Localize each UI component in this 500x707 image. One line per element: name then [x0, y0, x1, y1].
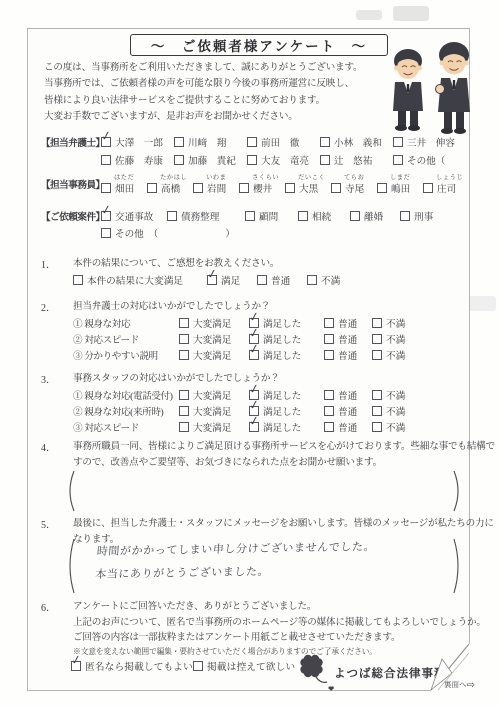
option-畑田: はただ畑田 [101, 175, 147, 195]
handwritten-check-mark: ✓ [100, 203, 112, 217]
rating-row-label: ① 親身な対応 [73, 316, 179, 330]
checkbox-icon [73, 275, 83, 285]
option-顧問: 顧問 [245, 209, 298, 223]
checkbox-icon [174, 155, 184, 165]
checkbox-icon [307, 275, 317, 285]
option-不満: 不満 [372, 332, 405, 346]
handwritten-line: 本当にありがとうございました。 [94, 557, 426, 586]
option-label: 辻 悠祐 [334, 153, 372, 167]
case-section-label: 【ご依頼案件】 [41, 209, 105, 223]
checkbox-icon [285, 183, 295, 193]
option-label: その他 （ ） [115, 226, 235, 240]
question-text: 事務スタッフの対応はいかがでしたでしょうか？ [73, 371, 469, 387]
option-label: 大黒 [299, 181, 318, 195]
option-label: 大友 竜亮 [261, 153, 309, 167]
option-label: 満足 [221, 273, 240, 287]
checkbox-icon [324, 406, 334, 416]
scan-smudge [393, 6, 429, 21]
question-number: 1． [41, 256, 56, 271]
checkbox-icon [179, 334, 189, 344]
rating-options: 大変満足✓満足した普通不満 [179, 348, 405, 362]
option-大変満足: 大変満足 [179, 316, 249, 330]
option-label: 相続 [312, 209, 331, 223]
option-本件の結果に大変満足: 本件の結果に大変満足 [73, 273, 207, 287]
rating-row-label: ① 親身な対応(電話受付) [73, 388, 179, 402]
handwritten-check-mark: ✓ [248, 382, 260, 396]
checkbox-checked-icon: ✓ [207, 275, 217, 285]
option-寺尾: てらお寺尾 [331, 175, 377, 195]
option-label: 交通事故 [115, 209, 153, 223]
option-label: 刑事 [414, 209, 433, 223]
checkbox-checked-icon: ✓ [101, 211, 111, 221]
option-label: 不満 [321, 273, 340, 287]
option-label: 普通 [338, 348, 357, 362]
rating-options: 大変満足✓満足した普通不満 [179, 332, 405, 346]
checkbox-icon [372, 422, 382, 432]
option-label: 満足した [263, 404, 301, 418]
option-label: 離婚 [364, 209, 383, 223]
form-title: ～ ご依頼者様アンケート ～ [130, 34, 388, 56]
question-1: 1． 本件の結果について、ご感想をお教えください。 本件の結果に大変満足✓満足普… [28, 256, 469, 288]
handwritten-check-mark: ✓ [248, 342, 260, 356]
option-label: 満足した [263, 316, 301, 330]
checkbox-icon [393, 137, 403, 147]
case-section-row2: その他 （ ） [28, 226, 469, 241]
option-label: 大変満足 [193, 388, 231, 402]
question-number: 4． [41, 439, 56, 454]
q2-rating-rows: ① 親身な対応大変満足✓満足した普通不満② 対応スピード大変満足✓満足した普通不… [28, 315, 469, 364]
checkbox-icon [101, 183, 111, 193]
option-交通事故: ✓交通事故 [101, 209, 167, 223]
option-label: 顧問 [259, 209, 278, 223]
option-label: その他（ ） [407, 153, 500, 167]
question-2: 2． 担当弁護士の対応はいかがでしたでしょうか？ ① 親身な対応大変満足✓満足し… [28, 299, 469, 363]
option-大変満足: 大変満足 [179, 388, 249, 402]
back-side-note: 裏面へ⇨ [444, 679, 475, 691]
option-普通: 普通 [324, 404, 372, 418]
consent-options: ✓匿名なら掲載してもよい掲載は控えて欲しい [71, 659, 295, 673]
question-text: ご回答の内容は一部抜粋またはアンケート用紙ごと載せさせていただきます。 [73, 630, 469, 646]
checkbox-icon [324, 422, 334, 432]
checkbox-icon [324, 334, 334, 344]
question-3: 3． 事務スタッフの対応はいかがでしたでしょうか？ ① 親身な対応(電話受付)大… [28, 371, 469, 435]
lawyer-options-row1: ✓大澤 一郎川﨑 翔前田 徹小林 義和三井 伸容 [101, 135, 455, 149]
rating-row: ② 対応スピード大変満足✓満足した普通不満 [73, 331, 469, 347]
option-label: 不満 [386, 348, 405, 362]
question-number: 3． [41, 371, 56, 386]
lawyer-options-row2: 佐藤 寿康加藤 貴紀大友 竜亮辻 悠祐その他（ ） [101, 153, 500, 167]
checkbox-icon [101, 155, 111, 165]
option-債務整理: 債務整理 [167, 209, 245, 223]
option-label: 前田 徹 [261, 135, 299, 149]
option-label: 庄司 [437, 181, 456, 195]
checkbox-icon [193, 661, 203, 671]
rating-options: 大変満足✓満足した普通不満 [179, 420, 405, 434]
checkbox-icon [239, 183, 249, 193]
checkbox-checked-icon: ✓ [101, 137, 111, 147]
option-不満: 不満 [372, 348, 405, 362]
option-不満: 不満 [372, 316, 405, 330]
option-label: 普通 [338, 388, 357, 402]
close-paren [452, 537, 464, 595]
checkbox-checked-icon: ✓ [249, 350, 259, 360]
option-label: 本件の結果に大変満足 [87, 273, 183, 287]
checkbox-icon [324, 318, 334, 328]
intro-text: この度は、当事務所をご利用いただきまして、誠にありがとうございます。 当事務所で… [44, 60, 389, 126]
checkbox-icon [167, 211, 177, 221]
option-label: 大変満足 [193, 420, 231, 434]
checkbox-icon [372, 406, 382, 416]
option-大変満足: 大変満足 [179, 404, 249, 418]
checkbox-icon [350, 211, 360, 221]
question-text: アンケートにご回答いただき、ありがとうございました。 [73, 599, 469, 615]
checkbox-icon [377, 183, 387, 193]
option-普通: 普通 [324, 420, 372, 434]
checkbox-checked-icon: ✓ [249, 422, 259, 432]
checkbox-icon [179, 318, 189, 328]
open-paren [64, 537, 76, 595]
rating-options: 大変満足✓満足した普通不満 [179, 404, 405, 418]
q1-options: 本件の結果に大変満足✓満足普通不満 [73, 273, 340, 287]
handwritten-check-mark: ✓ [248, 414, 260, 428]
question-text: 本件の結果について、ご感想をお教えください。 [73, 256, 469, 272]
handwritten-message: 時間がかかってしまい申し分けございませんでした。 本当にありがとうございました。 [94, 534, 427, 586]
handwritten-check-mark: ✓ [248, 326, 260, 340]
option-label: 満足した [263, 388, 301, 402]
option-不満: 不満 [372, 388, 405, 402]
option-label: 普通 [338, 316, 357, 330]
rating-options: 大変満足✓満足した普通不満 [179, 388, 405, 402]
option-不満: 不満 [372, 420, 405, 434]
question-text: 上記のお声について、匿名で当事務所のホームページ等の媒体に掲載してもよろしいでし… [73, 615, 469, 631]
option-大澤 一郎: ✓大澤 一郎 [101, 135, 174, 149]
checkbox-icon [372, 390, 382, 400]
option-普通: 普通 [324, 348, 372, 362]
option-普通: 普通 [257, 273, 307, 287]
option-label: 佐藤 寿康 [115, 153, 163, 167]
open-paren [64, 469, 76, 513]
checkbox-checked-icon: ✓ [71, 661, 81, 671]
option-満足した: ✓満足した [249, 316, 324, 330]
rating-row-label: ③ 分かりやすい説明 [73, 348, 179, 362]
scan-smudge [356, 10, 382, 20]
question-footnote: ※文意を変えない範囲で編集・要約させていただく場合がありますのでご了承ください。 [73, 646, 469, 657]
option-label: 普通 [338, 420, 357, 434]
option-label: 岩間 [207, 181, 226, 195]
option-label: 寺尾 [345, 181, 364, 195]
option-川﨑 翔: 川﨑 翔 [174, 135, 247, 149]
option-岩間: いわま岩間 [193, 175, 239, 195]
checkbox-icon [245, 211, 255, 221]
option-嶋田: しまだ嶋田 [377, 175, 423, 195]
checkbox-icon [324, 350, 334, 360]
lawyer-figure-right [436, 42, 471, 134]
option-label: 普通 [271, 273, 290, 287]
intro-line: この度は、当事務所をご利用いただきまして、誠にありがとうございます。 [44, 60, 389, 76]
option-label: 不満 [386, 404, 405, 418]
question-number: 2． [41, 299, 56, 314]
option-普通: 普通 [324, 388, 372, 402]
clerk-options: はただ畑田たかはし高橋いわま岩間さくらい櫻井だいこく大黒てらお寺尾しまだ嶋田しょ… [101, 175, 469, 195]
option-普通: 普通 [324, 316, 372, 330]
close-paren [452, 469, 464, 513]
rating-row: ① 親身な対応(電話受付)大変満足✓満足した普通不満 [73, 387, 469, 403]
case-options-row2: その他 （ ） [101, 226, 235, 240]
checkbox-icon [372, 318, 382, 328]
option-加藤 貴紀: 加藤 貴紀 [174, 153, 247, 167]
question-6: 6． アンケートにご回答いただき、ありがとうございました。 上記のお声について、… [28, 599, 469, 657]
option-満足した: ✓満足した [249, 404, 324, 418]
option-label: 畑田 [115, 181, 134, 195]
option-大黒: だいこく大黒 [285, 175, 331, 195]
option-佐藤 寿康: 佐藤 寿康 [101, 153, 174, 167]
intro-line: 当事務所では、ご依頼者様の声を可能な限り今後の事務所運営に反映し、 [44, 76, 389, 92]
option-満足した: ✓満足した [249, 388, 324, 402]
option-庄司: しょうじ庄司 [423, 175, 469, 195]
question-number: 6． [41, 599, 56, 614]
option-label: 満足した [263, 348, 301, 362]
two-lawyers-illustration [384, 37, 488, 141]
lawyer-section-row2: 佐藤 寿康加藤 貴紀大友 竜亮辻 悠祐その他（ ） [28, 153, 469, 168]
checkbox-icon [298, 211, 308, 221]
rating-row: ③ 対応スピード大変満足✓満足した普通不満 [73, 419, 469, 435]
checkbox-icon [174, 137, 184, 147]
checkbox-icon [400, 211, 410, 221]
question-text: 担当弁護士の対応はいかがでしたでしょうか？ [73, 299, 469, 315]
checkbox-icon [393, 155, 403, 165]
option-三井 伸容: 三井 伸容 [393, 135, 455, 149]
rating-row-label: ② 親身な対応(来所時) [73, 404, 179, 418]
option-離婚: 離婚 [350, 209, 400, 223]
rating-row-label: ② 対応スピード [73, 332, 179, 346]
option-label: 大澤 一郎 [115, 135, 163, 149]
option-その他（ ）: その他（ ） [393, 153, 500, 167]
option-label: 普通 [338, 332, 357, 346]
option-label: 大変満足 [193, 404, 231, 418]
checkbox-icon [247, 137, 257, 147]
clerk-section-row: 【担当事務員】 はただ畑田たかはし高橋いわま岩間さくらい櫻井だいこく大黒てらお寺… [28, 171, 469, 195]
option-label: 掲載は控えて欲しい [207, 659, 295, 673]
option-label: 嶋田 [391, 181, 410, 195]
form-title-text: ～ ご依頼者様アンケート ～ [151, 35, 367, 55]
checkbox-icon [179, 406, 189, 416]
option-label: 満足した [263, 332, 301, 346]
option-満足した: ✓満足した [249, 420, 324, 434]
checkbox-icon [179, 390, 189, 400]
option-label: 小林 義和 [334, 135, 382, 149]
option-label: 大変満足 [193, 348, 231, 362]
handwritten-check-mark: ✓ [70, 653, 82, 667]
right-arrow-icon: ⇨ [467, 680, 475, 691]
option-label: 三井 伸容 [407, 135, 455, 149]
option-大変満足: 大変満足 [179, 420, 249, 434]
handwritten-check-mark: ✓ [100, 129, 112, 143]
checkbox-icon [147, 183, 157, 193]
checkbox-icon [179, 350, 189, 360]
lawyer-section-row1: 【担当弁護士】 ✓大澤 一郎川﨑 翔前田 徹小林 義和三井 伸容 [28, 135, 469, 150]
back-side-label: 裏面へ [444, 680, 467, 689]
option-大変満足: 大変満足 [179, 348, 249, 362]
option-相続: 相続 [298, 209, 350, 223]
checkbox-icon [193, 183, 203, 193]
checkbox-icon [372, 350, 382, 360]
question-text: 事務所職員一同、皆様によりご満足頂ける事務所サービスを心がけております。些細な事… [73, 439, 469, 455]
question-text: 最後に、担当した弁護士・スタッフにメッセージをお願いします。皆様のメッセージが私… [73, 516, 469, 532]
checkbox-icon [320, 155, 330, 165]
option-高橋: たかはし高橋 [147, 175, 193, 195]
option-その他 （ ）: その他 （ ） [101, 226, 235, 240]
option-満足した: ✓満足した [249, 332, 324, 346]
option-掲載は控えて欲しい: 掲載は控えて欲しい [193, 659, 295, 673]
option-label: 匿名なら掲載してもよい [85, 659, 193, 673]
checkbox-icon [331, 183, 341, 193]
option-辻 悠祐: 辻 悠祐 [320, 153, 393, 167]
option-大友 竜亮: 大友 竜亮 [247, 153, 320, 167]
checkbox-icon [101, 228, 111, 238]
rating-row: ① 親身な対応大変満足✓満足した普通不満 [73, 315, 469, 331]
rating-row: ③ 分かりやすい説明大変満足✓満足した普通不満 [73, 347, 469, 363]
checkbox-icon [372, 334, 382, 344]
intro-line: 皆様により良い法律サービスをご提供することに努めております。 [44, 93, 389, 109]
handwritten-check-mark: ✓ [248, 398, 260, 412]
clerk-section-label: 【担当事務員】 [41, 177, 105, 191]
option-普通: 普通 [324, 332, 372, 346]
handwritten-check-mark: ✓ [248, 310, 260, 324]
consent-row: ✓匿名なら掲載してもよい掲載は控えて欲しい [28, 659, 469, 674]
handwritten-check-mark: ✓ [206, 267, 218, 281]
option-label: 普通 [338, 404, 357, 418]
question-number: 5． [41, 516, 56, 531]
clover-logo-icon [294, 651, 334, 695]
case-options-row1: ✓交通事故債務整理顧問相続離婚刑事 [101, 209, 433, 223]
checkbox-icon [247, 155, 257, 165]
rating-options: 大変満足✓満足した普通不満 [179, 316, 405, 330]
question-text: すので、改善点やご要望等、お気づきになられた点をお聞かせ願います。 [73, 455, 469, 471]
option-label: 債務整理 [181, 209, 219, 223]
rating-row: ② 親身な対応(来所時)大変満足✓満足した普通不満 [73, 403, 469, 419]
checkbox-icon [179, 422, 189, 432]
option-label: 大変満足 [193, 316, 231, 330]
intro-line: 大変お手数でございますが、是非お声をお聞かせください。 [44, 109, 389, 125]
checkbox-icon [324, 390, 334, 400]
case-section-row1: 【ご依頼案件】 ✓交通事故債務整理顧問相続離婚刑事 [28, 209, 469, 224]
checkbox-icon [423, 183, 433, 193]
option-小林 義和: 小林 義和 [320, 135, 393, 149]
option-label: 加藤 貴紀 [188, 153, 236, 167]
option-満足した: ✓満足した [249, 348, 324, 362]
lawyer-figure-left [393, 49, 423, 131]
option-label: 高橋 [161, 181, 180, 195]
option-label: 櫻井 [253, 181, 272, 195]
option-匿名なら掲載してもよい: ✓匿名なら掲載してもよい [71, 659, 193, 673]
option-label: 川﨑 翔 [188, 135, 226, 149]
option-label: 不満 [386, 316, 405, 330]
lawyer-section-label: 【担当弁護士】 [41, 135, 105, 149]
rating-row-label: ③ 対応スピード [73, 420, 179, 434]
option-label: 満足した [263, 420, 301, 434]
option-櫻井: さくらい櫻井 [239, 175, 285, 195]
option-不満: 不満 [307, 273, 340, 287]
checkbox-icon [257, 275, 267, 285]
option-前田 徹: 前田 徹 [247, 135, 320, 149]
question-4: 4． 事務所職員一同、皆様によりご満足頂ける事務所サービスを心がけております。些… [28, 439, 469, 470]
option-大変満足: 大変満足 [179, 332, 249, 346]
form-border: ～ ご依頼者様アンケート ～ この度は、当事務所をご利用いただきまして、誠にあり… [27, 28, 470, 691]
option-label: 不満 [386, 388, 405, 402]
option-label: 大変満足 [193, 332, 231, 346]
checkbox-icon [320, 137, 330, 147]
option-不満: 不満 [372, 404, 405, 418]
option-label: 不満 [386, 420, 405, 434]
q3-rating-rows: ① 親身な対応(電話受付)大変満足✓満足した普通不満② 親身な対応(来所時)大変… [28, 387, 469, 436]
option-label: 不満 [386, 332, 405, 346]
option-満足: ✓満足 [207, 273, 257, 287]
option-刑事: 刑事 [400, 209, 433, 223]
